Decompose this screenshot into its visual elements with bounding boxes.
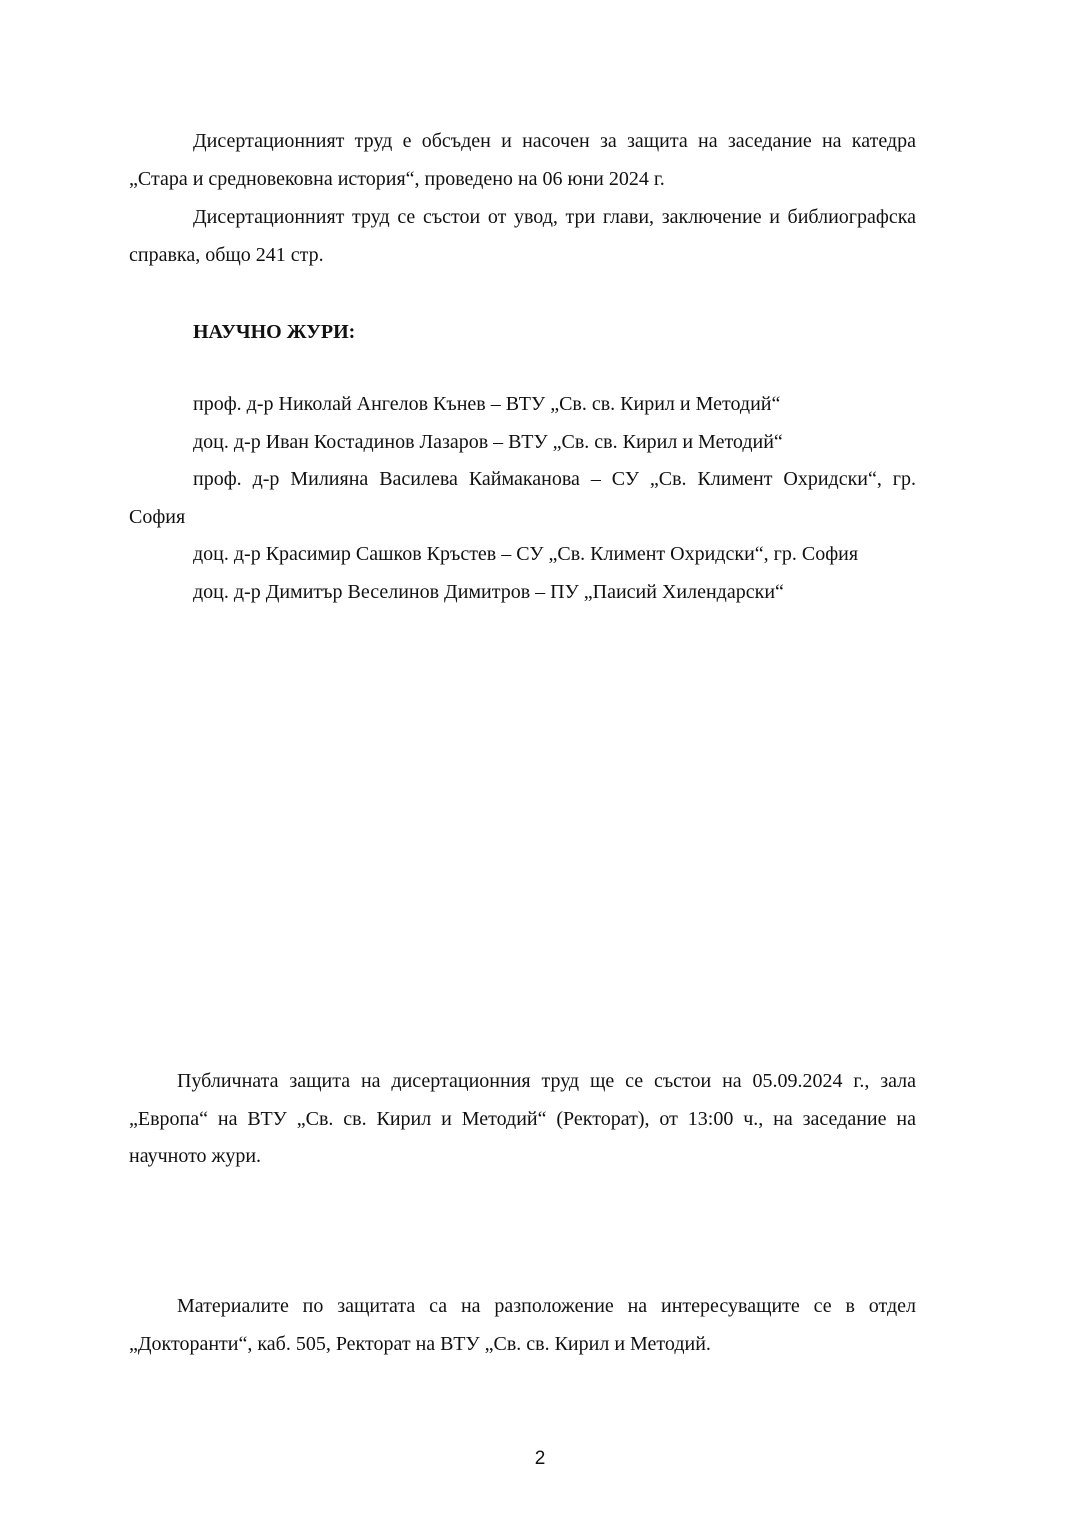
- document-page: Дисертационният труд е обсъден и насочен…: [0, 0, 1080, 1527]
- paragraph-materials: Материалите по защитата са на разположен…: [129, 1288, 916, 1363]
- jury-member: доц. д-р Иван Костадинов Лазаров – ВТУ „…: [129, 424, 916, 462]
- paragraph-defense: Публичната защита на дисертационния труд…: [129, 1063, 916, 1176]
- jury-member: проф. д-р Николай Ангелов Кънев – ВТУ „С…: [129, 386, 916, 424]
- jury-member: проф. д-р Милияна Василева Каймаканова –…: [129, 461, 916, 536]
- page-number: 2: [0, 1448, 1080, 1470]
- jury-member: доц. д-р Красимир Сашков Кръстев – СУ „С…: [129, 536, 916, 574]
- jury-member: доц. д-р Димитър Веселинов Димитров – ПУ…: [129, 574, 916, 612]
- paragraph-structure: Дисертационният труд се състои от увод, …: [129, 199, 916, 274]
- paragraph-discussed: Дисертационният труд е обсъден и насочен…: [129, 123, 916, 198]
- jury-heading: НАУЧНО ЖУРИ:: [193, 320, 355, 344]
- jury-list: проф. д-р Николай Ангелов Кънев – ВТУ „С…: [129, 386, 916, 611]
